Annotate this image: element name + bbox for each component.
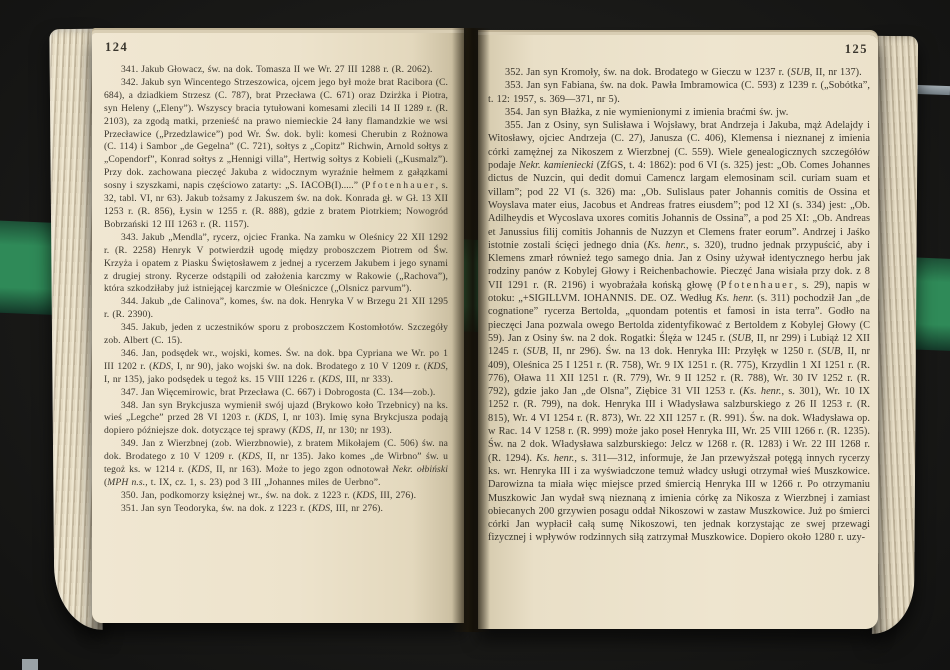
entry-paragraph: 353. Jan syn Fabiana, św. na dok. Pawła … [488, 79, 870, 106]
right-page-edge-stack [872, 36, 918, 634]
entry-paragraph: 345. Jakub, jeden z uczestników sporu z … [104, 322, 448, 348]
left-page-surface: 124 341. Jakub Głowacz, św. na dok. Toma… [92, 33, 464, 623]
entry-paragraph: 349. Jan z Wierzbnej (zob. Wierzbnowie),… [104, 438, 448, 490]
left-page-text: 341. Jakub Głowacz, św. na dok. Tomasza … [104, 64, 448, 622]
entry-paragraph: 347. Jan Więcemirowic, brat Przecława (C… [104, 387, 448, 400]
entry-paragraph: 351. Jan syn Teodoryka, św. na dok. z 12… [104, 503, 448, 516]
entry-paragraph: 346. Jan, podsędek wr., wojski, komes. Ś… [104, 348, 448, 387]
right-page-text: 352. Jan syn Kromoły, św. na dok. Brodat… [488, 66, 870, 634]
entry-paragraph: 348. Jan syn Brykcjusza wymienił swój uj… [104, 400, 448, 439]
book-gutter-shadow [452, 28, 490, 632]
right-page-number: 125 [478, 42, 868, 57]
right-page-surface: 125 352. Jan syn Kromoły, św. na dok. Br… [478, 35, 878, 629]
entry-paragraph: 343. Jakub „Mendla”, rycerz, ojciec Fran… [104, 232, 448, 297]
entry-paragraph: 344. Jakub „de Calinova”, komes, św. na … [104, 296, 448, 322]
book-photo-scene: 124 341. Jakub Głowacz, św. na dok. Toma… [0, 0, 950, 670]
right-page: 125 352. Jan syn Kromoły, św. na dok. Br… [478, 35, 878, 629]
entry-paragraph: 352. Jan syn Kromoły, św. na dok. Brodat… [488, 66, 870, 79]
entry-paragraph: 354. Jan syn Błażka, z nie wymienionymi … [488, 106, 870, 119]
left-page: 124 341. Jakub Głowacz, św. na dok. Toma… [92, 33, 464, 623]
open-book: 124 341. Jakub Głowacz, św. na dok. Toma… [0, 0, 950, 670]
entry-paragraph: 350. Jan, podkomorzy księżnej wr., św. n… [104, 490, 448, 503]
entry-paragraph: 341. Jakub Głowacz, św. na dok. Tomasza … [104, 64, 448, 77]
entry-paragraph: 355. Jan z Osiny, syn Sulisława i Wojsła… [488, 119, 870, 545]
left-page-number: 124 [105, 40, 464, 55]
entry-paragraph: 342. Jakub syn Wincentego Strzeszowica, … [104, 77, 448, 232]
photo-artifact [22, 659, 38, 670]
